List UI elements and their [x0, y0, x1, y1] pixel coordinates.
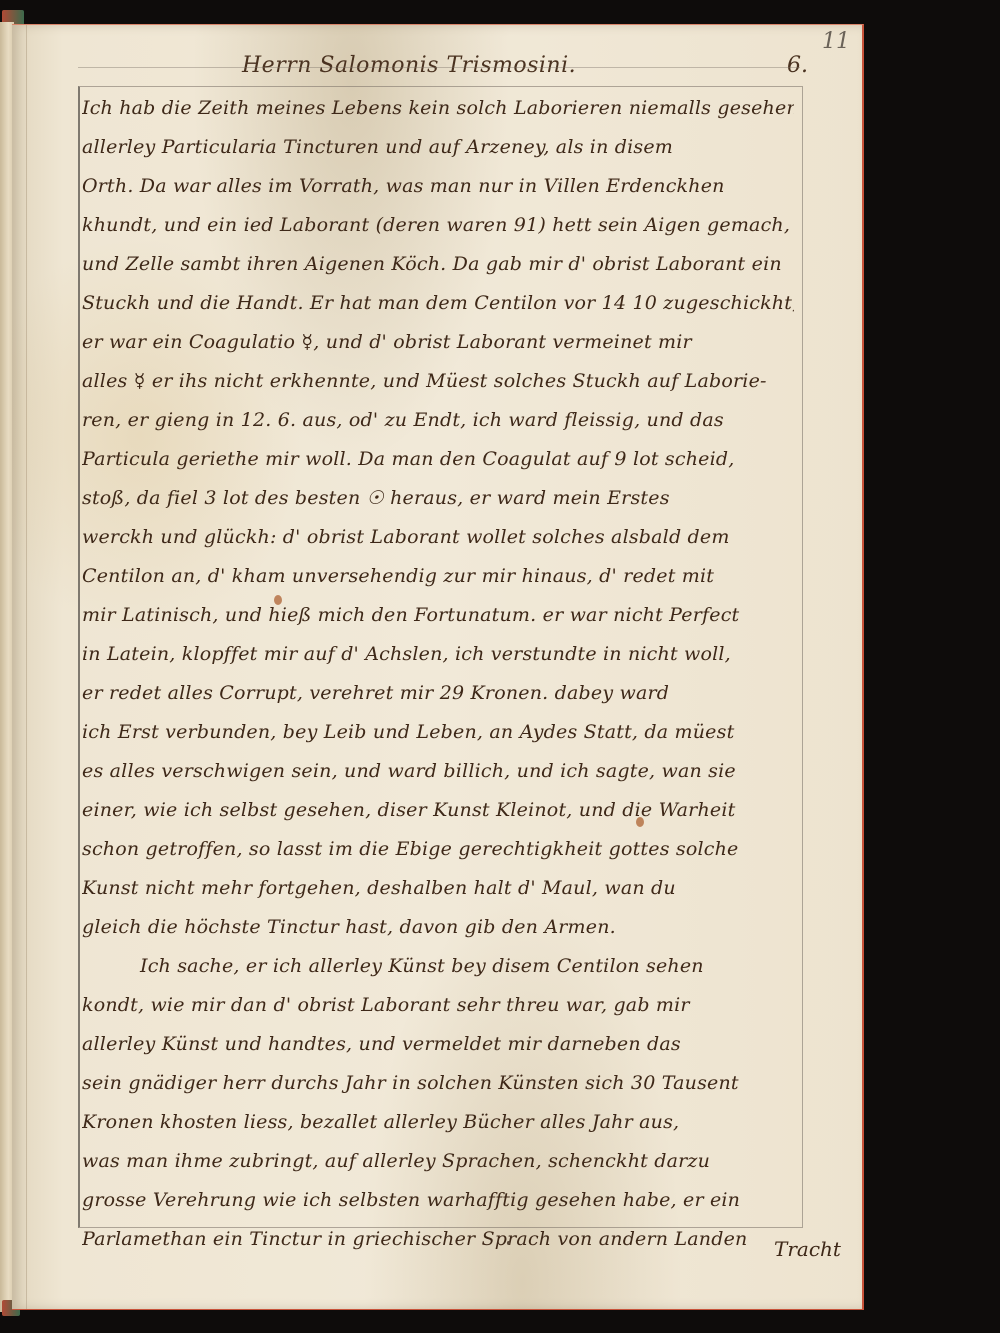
text-line: Orth. Da war alles im Vorrath, was man n…: [82, 167, 794, 206]
text-line: allerley Particularia Tincturen und auf …: [82, 128, 794, 167]
text-line: alles ☿ er ihs nicht erkhennte, und Mües…: [82, 362, 794, 401]
paper-mark: [507, 1241, 510, 1245]
text-block: Ich hab die Zeith meines Lebens kein sol…: [82, 89, 794, 1259]
text-line: werckh und glückh: d' obrist Laborant wo…: [82, 518, 794, 557]
running-title: Herrn Salomonis Trismosini.: [242, 53, 576, 78]
text-line: schon getroffen, so lasst im die Ebige g…: [82, 830, 794, 869]
page-number: 6.: [787, 53, 808, 78]
text-line: Kronen khosten liess, bezallet allerley …: [82, 1103, 794, 1142]
manuscript-page: 11 Herrn Salomonis Trismosini. 6. Ich ha…: [12, 24, 864, 1310]
text-line: khundt, und ein ied Laborant (deren ware…: [82, 206, 794, 245]
text-line: in Latein, klopffet mir auf d' Achslen, …: [82, 635, 794, 674]
text-line: er war ein Coagulatio ☿, und d' obrist L…: [82, 323, 794, 362]
text-line: ren, er gieng in 12. 6. aus, od' zu Endt…: [82, 401, 794, 440]
text-line: und Zelle sambt ihren Aigenen Köch. Da g…: [82, 245, 794, 284]
text-line: sein gnädiger herr durchs Jahr in solche…: [82, 1064, 794, 1103]
ink-stain: [274, 595, 282, 605]
header-rule: [78, 67, 800, 68]
text-line: stoß, da fiel 3 lot des besten ☉ heraus,…: [82, 479, 794, 518]
text-line: Ich hab die Zeith meines Lebens kein sol…: [82, 89, 794, 128]
text-line: grosse Verehrung wie ich selbsten warhaf…: [82, 1181, 794, 1220]
manuscript-scan: 11 Herrn Salomonis Trismosini. 6. Ich ha…: [0, 0, 1000, 1333]
gutter-fold: [26, 25, 27, 1309]
text-line: ich Erst verbunden, bey Leib und Leben, …: [82, 713, 794, 752]
catchword: Tracht: [774, 1237, 841, 1261]
text-line: Kunst nicht mehr fortgehen, deshalben ha…: [82, 869, 794, 908]
text-line: es alles verschwigen sein, und ward bill…: [82, 752, 794, 791]
text-line: gleich die höchste Tinctur hast, davon g…: [82, 908, 794, 947]
text-line: einer, wie ich selbst gesehen, diser Kun…: [82, 791, 794, 830]
text-line: Stuckh und die Handt. Er hat man dem Cen…: [82, 284, 794, 323]
text-line: Parlamethan ein Tinctur in griechischer …: [82, 1220, 794, 1259]
folio-number: 11: [822, 29, 850, 54]
text-line: kondt, wie mir dan d' obrist Laborant se…: [82, 986, 794, 1025]
text-line: was man ihme zubringt, auf allerley Spra…: [82, 1142, 794, 1181]
paragraph-start-line: Ich sache, er ich allerley Künst bey dis…: [82, 947, 794, 986]
text-line: mir Latinisch, und hieß mich den Fortuna…: [82, 596, 794, 635]
text-line: Particula geriethe mir woll. Da man den …: [82, 440, 794, 479]
ink-stain: [636, 817, 644, 827]
text-line: allerley Künst und handtes, und vermelde…: [82, 1025, 794, 1064]
text-line: er redet alles Corrupt, verehret mir 29 …: [82, 674, 794, 713]
text-line: Centilon an, d' kham unversehendig zur m…: [82, 557, 794, 596]
